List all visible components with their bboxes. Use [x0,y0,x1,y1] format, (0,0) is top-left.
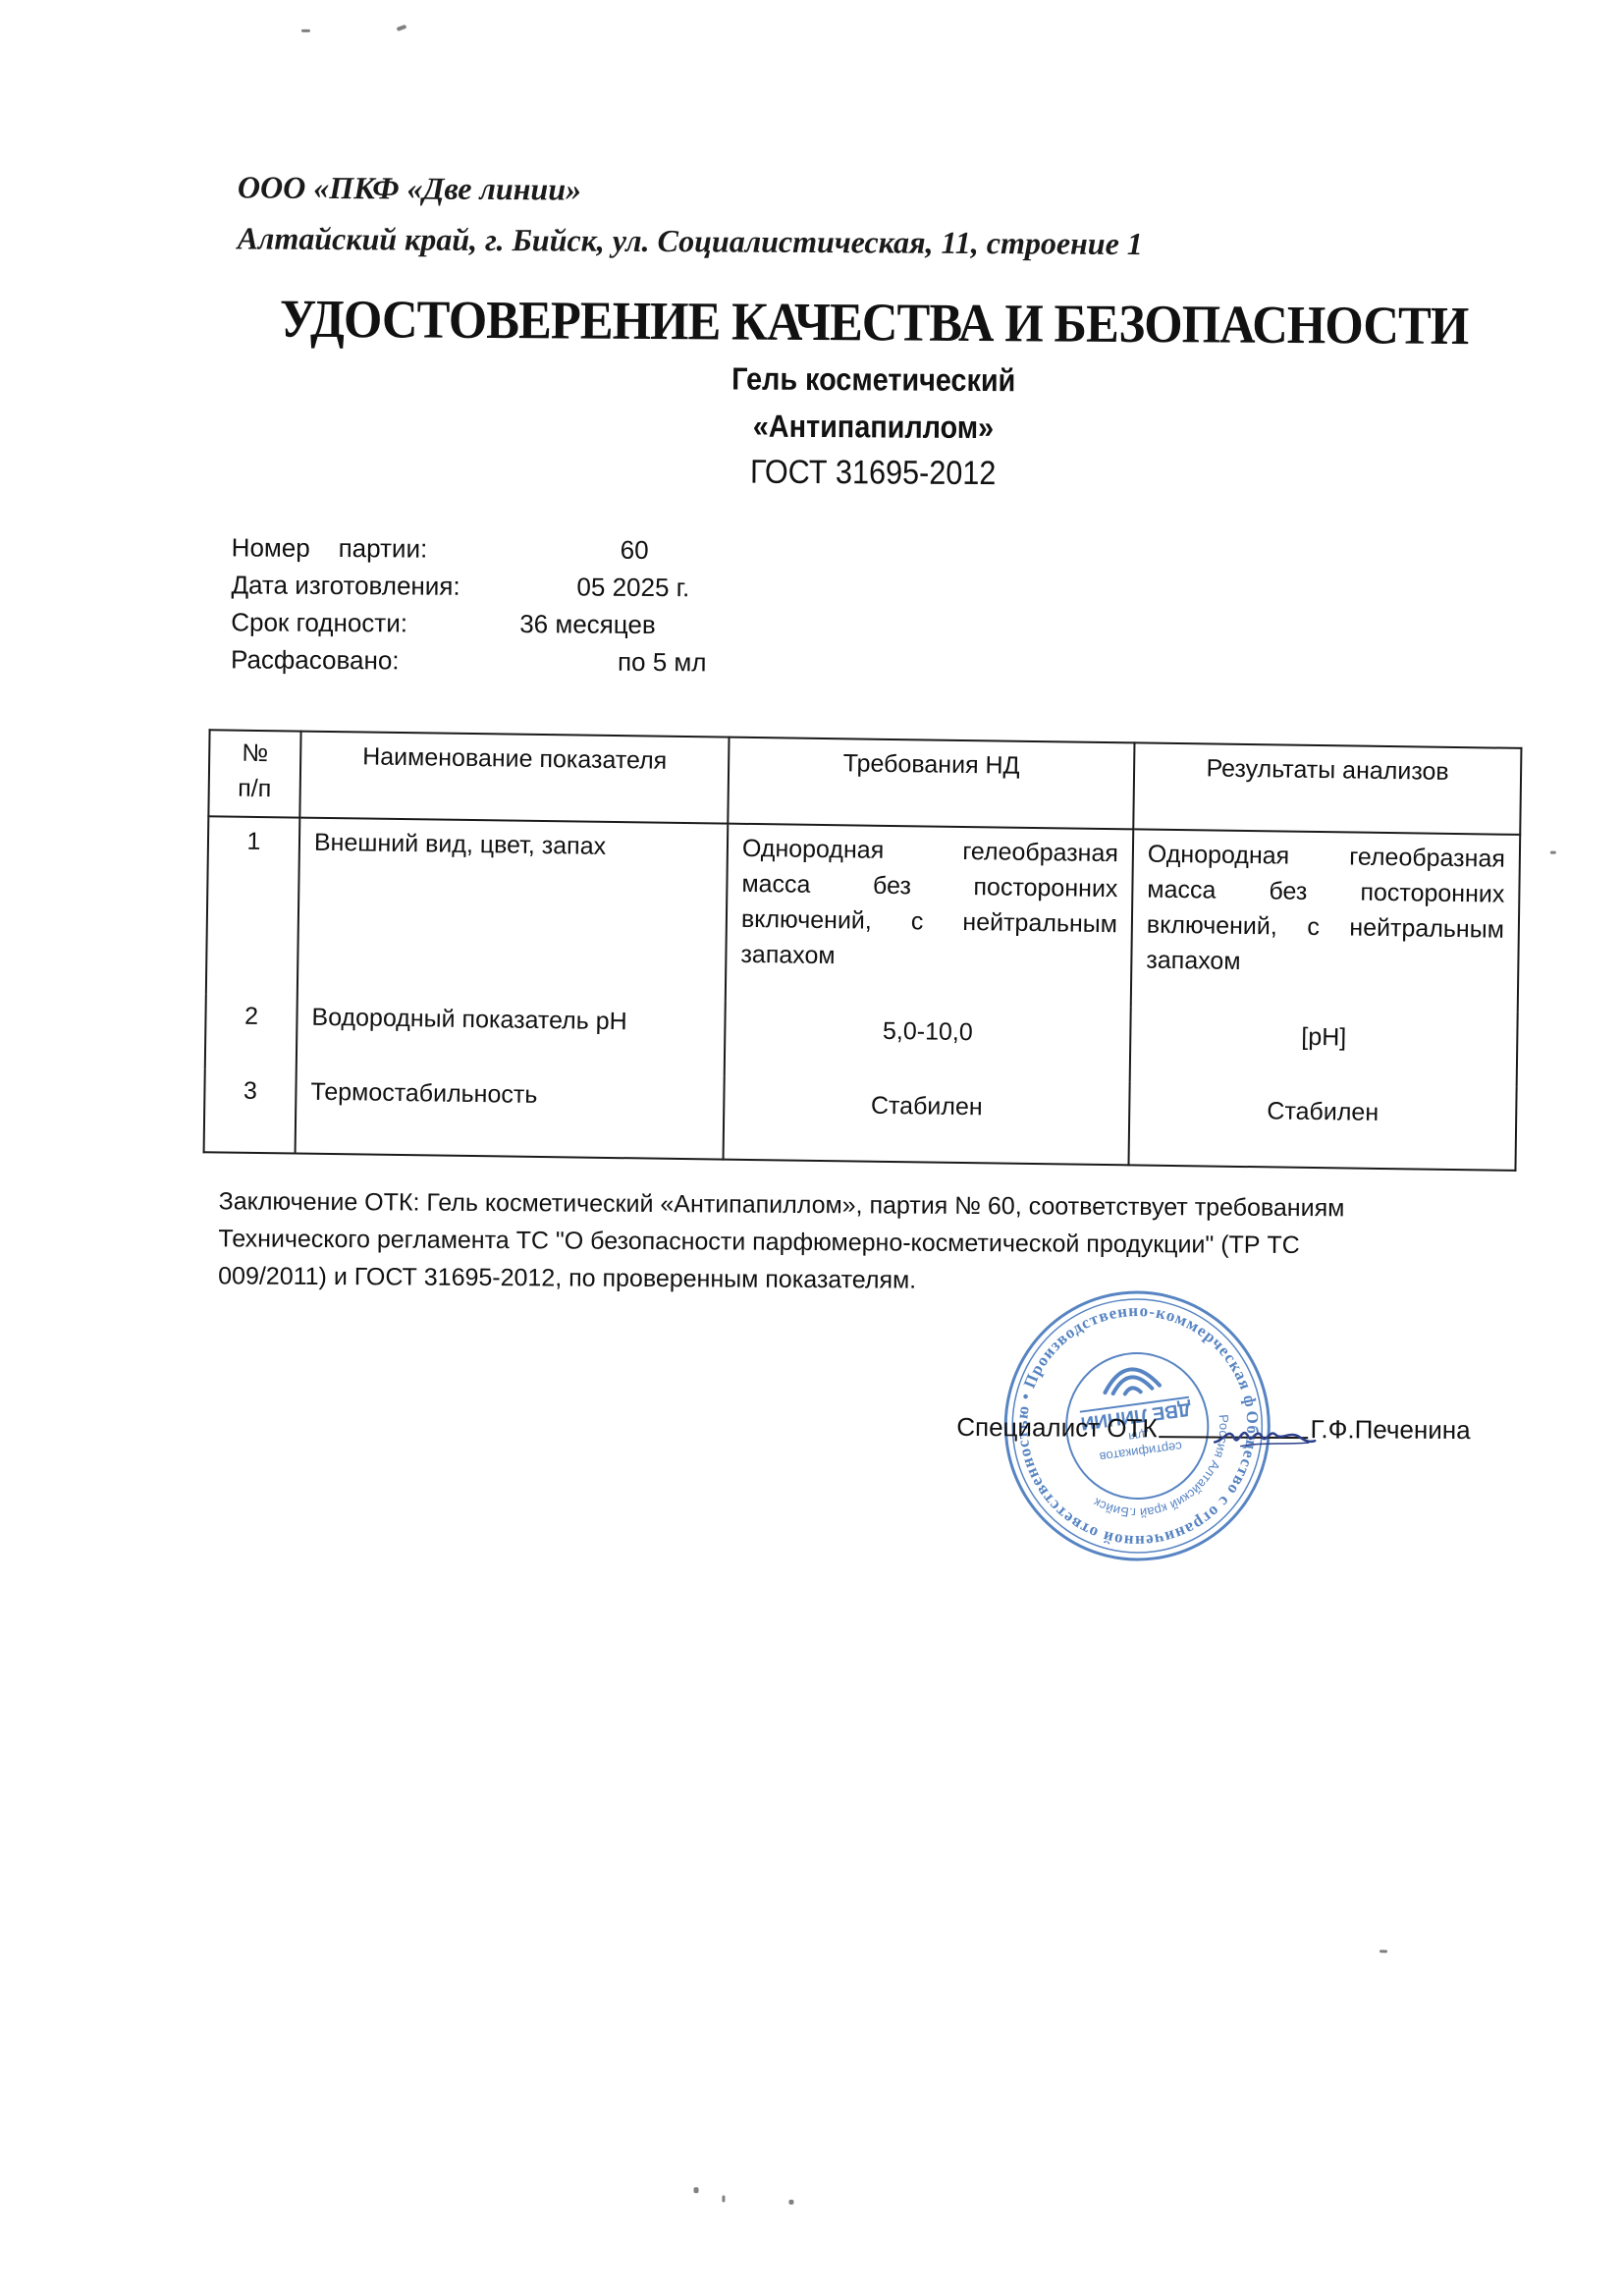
cell-results: Однородная гелеобразная масса без постор… [1131,829,1520,1011]
header-name: Наименование показателя [299,732,729,824]
cell-num: 1 [206,816,300,995]
handwritten-signature-icon [1211,1412,1319,1452]
company-address: Алтайский край, г. Бийск, ул. Социалисти… [238,220,1143,262]
scan-speck [722,2195,725,2202]
cell-num: 2 [205,994,298,1069]
shelf-life-value: 36 месяцев [519,605,656,643]
manufacture-date-row: Дата изготовления: 05 2025 г. [231,566,781,606]
shelf-life-row: Срок годности: 36 месяцев [231,603,781,643]
scan-speck [397,25,407,31]
product-standard: ГОСТ 31695-2012 [91,450,1623,498]
product-type: Гель косметический [91,357,1623,404]
packaging-row: Расфасовано: по 5 мл [231,640,781,681]
signature-name: Г.Ф.Печенина [1310,1414,1470,1446]
shelf-life-label: Срок годности: [231,603,407,641]
scan-speck [693,2187,698,2193]
cell-requirements: 5,0-10,0 [725,1002,1131,1082]
batch-number-value: 60 [621,531,649,569]
cell-results: Стабилен [1128,1081,1516,1170]
table-row: 1 Внешний вид, цвет, запах Однородная ге… [206,816,1520,1012]
header-num: № п/п [208,730,300,817]
cell-results: [pH] [1130,1007,1518,1086]
header-requirements: Требования НД [728,738,1134,830]
batch-number-label: Номер партии: [232,528,428,567]
batch-info: Номер партии: 60 Дата изготовления: 05 2… [231,528,782,681]
manufacture-date-label: Дата изготовления: [231,566,460,604]
product-brand: «Антипапиллом» [91,405,1623,451]
company-name: ООО «ПКФ «Две линии» [238,169,581,207]
manufacture-date-value: 05 2025 г. [576,569,689,607]
document-title: УДОСТОВЕРЕНИЕ КАЧЕСТВА И БЕЗОПАСНОСТИ [75,286,1623,357]
cell-name: Водородный показатель pH [297,996,726,1076]
quality-table: № п/п Наименование показателя Требования… [203,729,1523,1172]
cell-requirements: Стабилен [724,1076,1130,1166]
header-results: Результаты анализов [1133,742,1521,834]
scan-speck [788,2200,793,2205]
cell-num: 3 [204,1068,297,1153]
cell-name: Термостабильность [296,1070,725,1160]
signature-role: Специалист ОТК [956,1412,1157,1444]
cell-requirements: Однородная гелеобразная масса без постор… [726,824,1133,1008]
batch-number-row: Номер партии: 60 [232,528,782,569]
document-page: ООО «ПКФ «Две линии» Алтайский край, г. … [0,0,1623,2296]
scan-speck [301,29,310,32]
table-row: 3 Термостабильность Стабилен Стабилен [204,1068,1517,1171]
scan-speck [1380,1950,1387,1953]
cell-name: Внешний вид, цвет, запах [298,818,728,1002]
packaging-value: по 5 мл [618,643,707,682]
packaging-label: Расфасовано: [231,640,400,679]
scan-speck [1550,851,1556,854]
